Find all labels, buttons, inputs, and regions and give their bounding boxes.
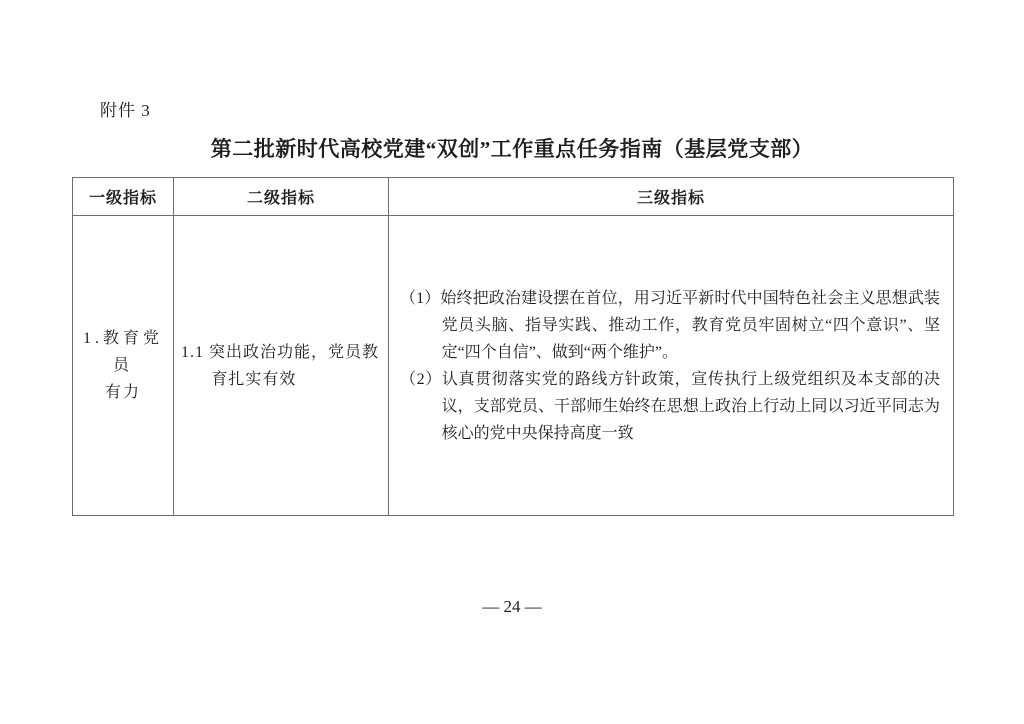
document-page: 附件 3 第二批新时代高校党建“双创”工作重点任务指南（基层党支部） 一级指标 … [0, 0, 1024, 724]
table-row: 1.教育党员 有力 1.1 突出政治功能，党员教 育扎实有效 （1）始终把政治建… [73, 216, 954, 516]
header-level2-indicator: 二级指标 [174, 178, 389, 216]
level1-indicator-text: 1.教育党员 [77, 325, 169, 379]
level2-indicator-text: 育扎实有效 [211, 366, 380, 393]
document-title: 第二批新时代高校党建“双创”工作重点任务指南（基层党支部） [0, 133, 1024, 163]
header-level3-indicator: 三级指标 [389, 178, 954, 216]
level1-indicator-cell: 1.教育党员 有力 [73, 216, 174, 516]
level3-indicator-cell: （1）始终把政治建设摆在首位，用习近平新时代中国特色社会主义思想武装党员头脑、指… [389, 216, 954, 516]
attachment-label: 附件 3 [100, 96, 151, 121]
level3-indicator-item: （2）认真贯彻落实党的路线方针政策，宣传执行上级党组织及本支部的决议，支部党员、… [400, 366, 940, 447]
level3-indicator-item: （1）始终把政治建设摆在首位，用习近平新时代中国特色社会主义思想武装党员头脑、指… [400, 285, 940, 366]
page-number: — 24 — [0, 597, 1024, 617]
table-header-row: 一级指标 二级指标 三级指标 [73, 178, 954, 216]
level2-indicator-cell: 1.1 突出政治功能，党员教 育扎实有效 [174, 216, 389, 516]
indicator-table: 一级指标 二级指标 三级指标 1.教育党员 有力 1.1 突出政治功能，党员教 … [72, 177, 954, 516]
header-level1-indicator: 一级指标 [73, 178, 174, 216]
level2-indicator-text: 1.1 突出政治功能，党员教 [181, 339, 380, 366]
level1-indicator-text: 有力 [77, 379, 169, 406]
